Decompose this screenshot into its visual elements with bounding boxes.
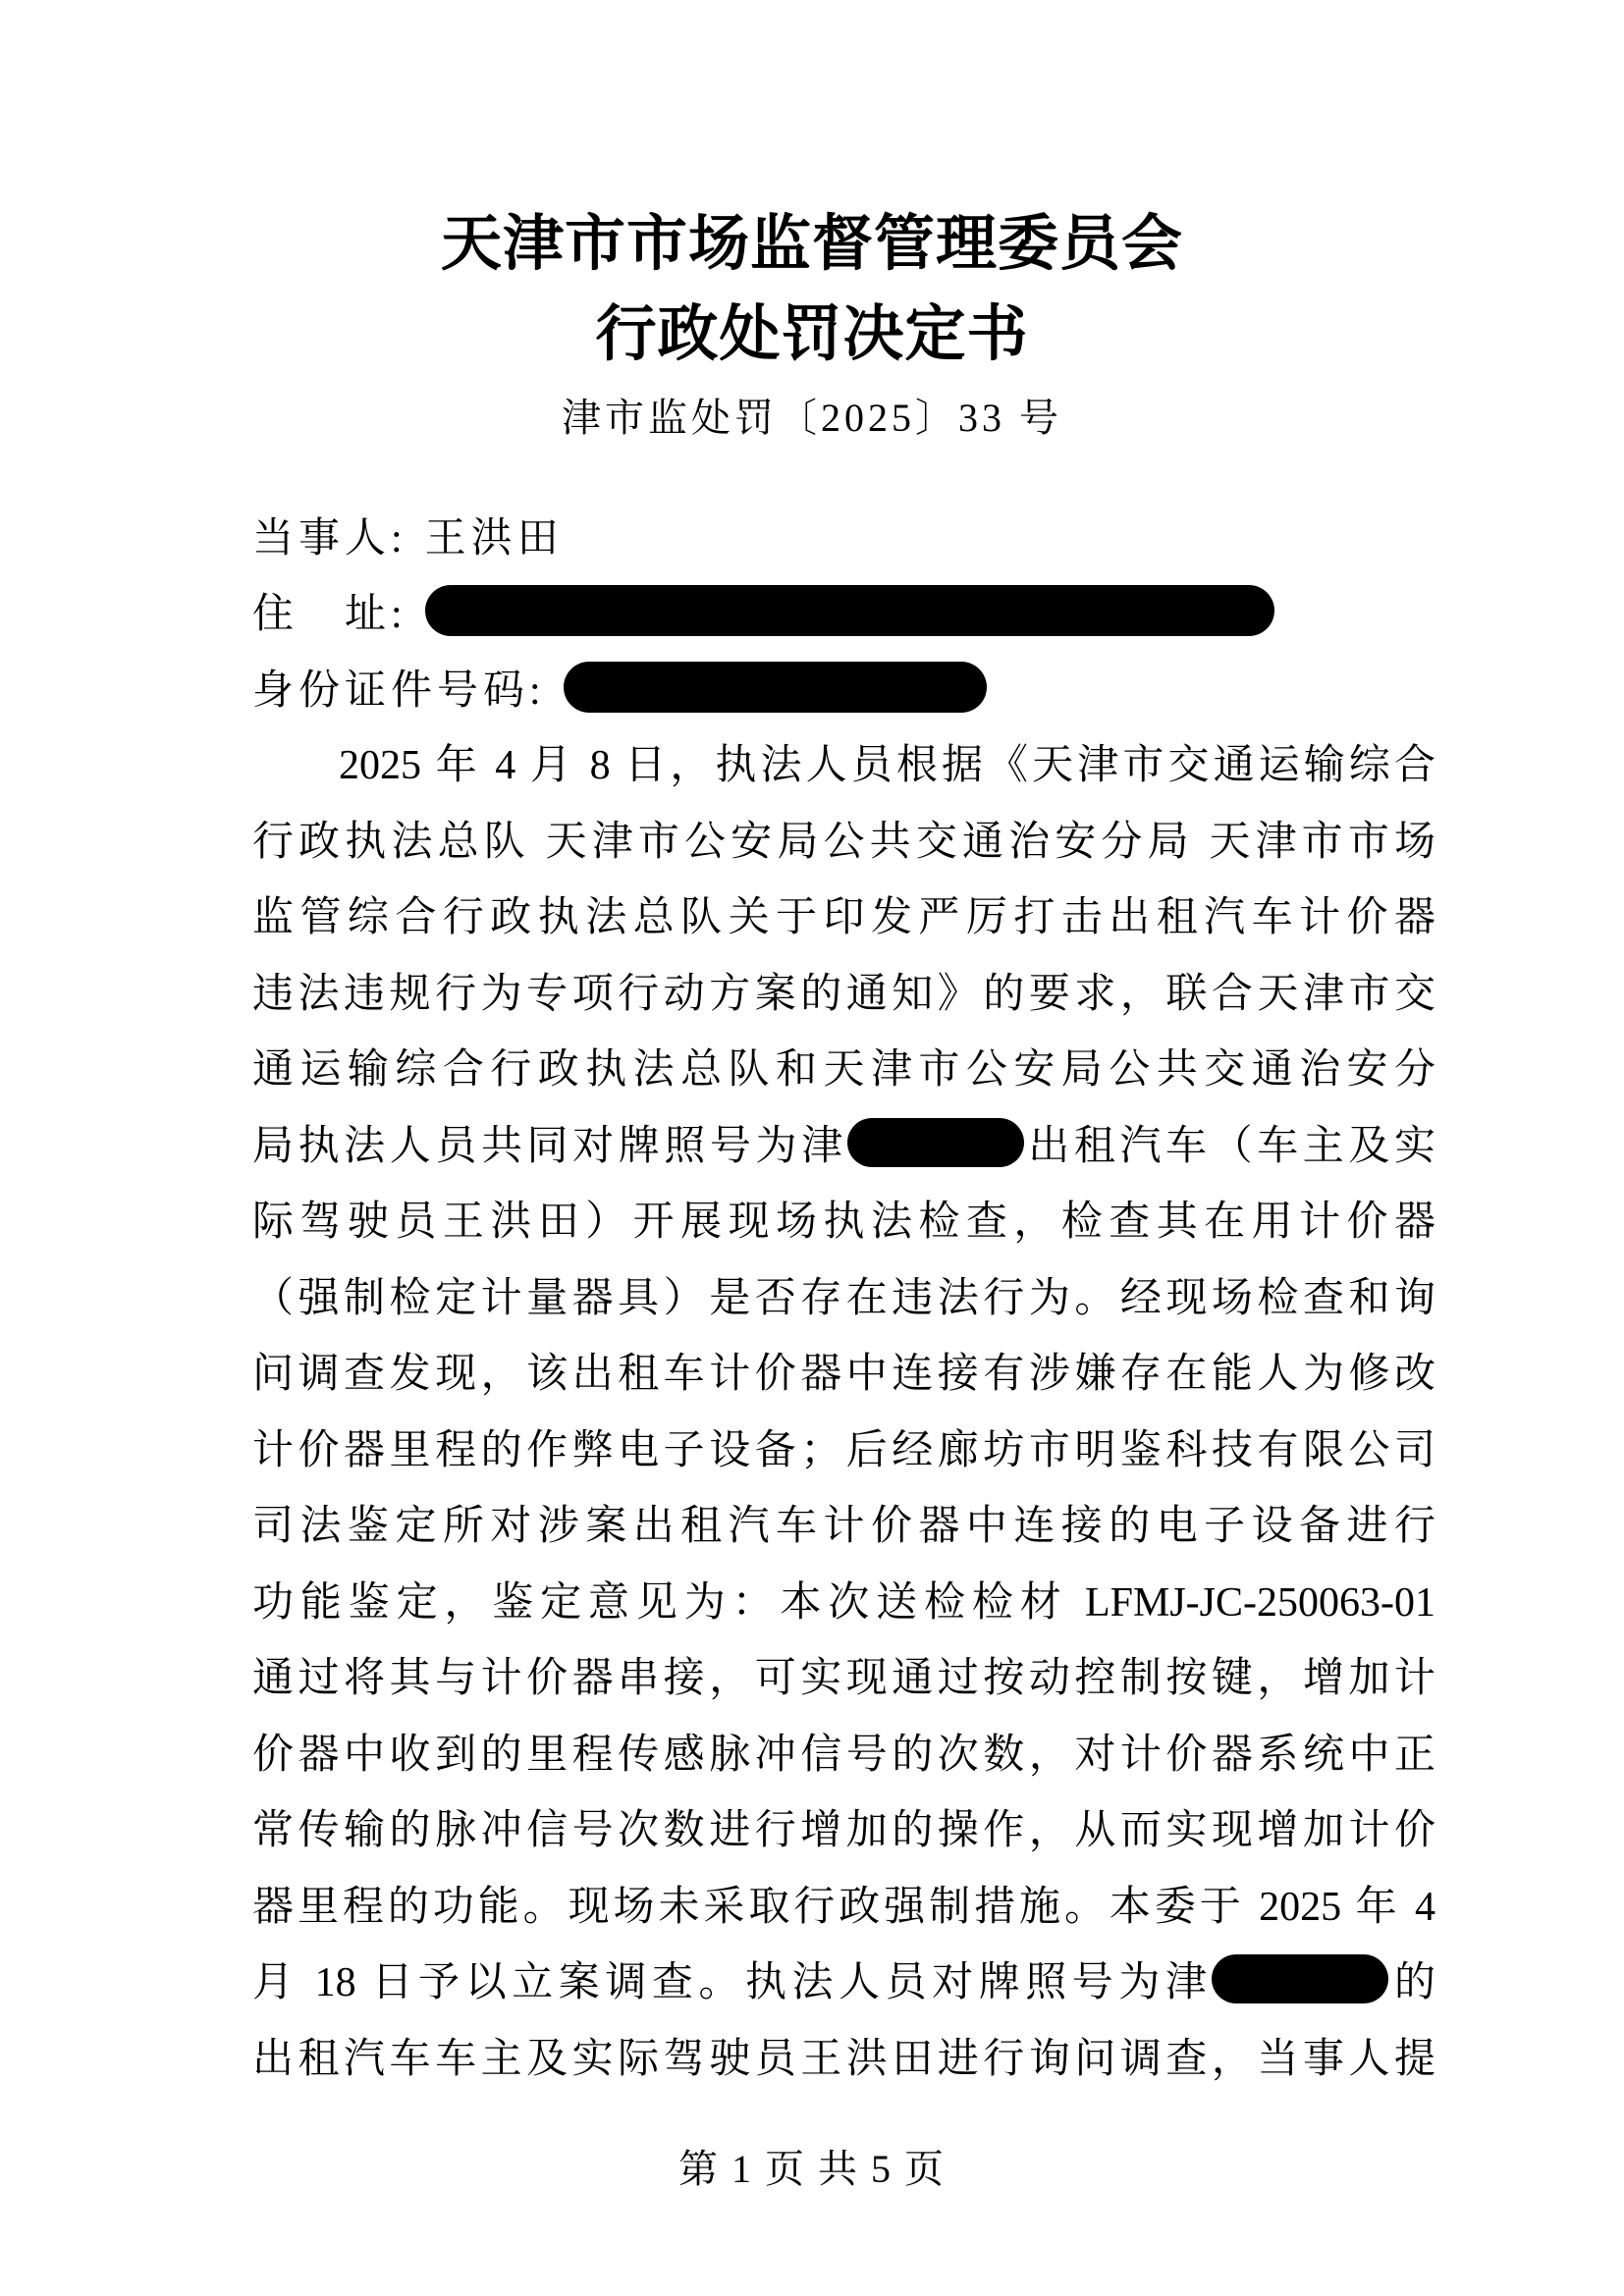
body-line: 计价器里程的作弊电子设备；后经廊坊市明鉴科技有限公司: [252, 1414, 1435, 1490]
body-paragraph: 2025 年 4 月 8 日，执法人员根据《天津市交通运输综合行政执法总队 天津…: [252, 728, 1435, 2098]
body-line: 通过将其与计价器串接，可实现通过按动控制按键，增加计: [252, 1641, 1435, 1718]
party-name-value: 王洪田: [425, 506, 564, 564]
body-line: 月 18 日予以立案调查。执法人员对牌照号为津的: [252, 1946, 1435, 2022]
body-line: 通运输综合行政执法总队和天津市公安局公共交通治安分: [252, 1033, 1435, 1109]
document-number: 津市监处罚〔2025〕33 号: [0, 395, 1624, 442]
body-line: 违法违规行为专项行动方案的通知》的要求，联合天津市交: [252, 957, 1435, 1034]
party-address-line: 住 址:: [252, 573, 1435, 650]
plate-number-redaction-bar: [847, 1118, 1024, 1167]
party-id-label: 身份证件号码:: [252, 658, 546, 717]
body-line: 器里程的功能。现场未采取行政强制措施。本委于 2025 年 4: [252, 1870, 1435, 1947]
body-line: 常传输的脉冲信号次数进行增加的操作，从而实现增加计价: [252, 1793, 1435, 1870]
body-line: 局执法人员共同对牌照号为津出租汽车（车主及实: [252, 1109, 1435, 1186]
body-line: 价器中收到的里程传感脉冲信号的次数，对计价器系统中正: [252, 1718, 1435, 1794]
body-line: 2025 年 4 月 8 日，执法人员根据《天津市交通运输综合: [252, 728, 1435, 805]
body-line: 问调查发现，该出租车计价器中连接有涉嫌存在能人为修改: [252, 1337, 1435, 1414]
document-subtitle: 行政处罚决定书: [0, 300, 1624, 369]
body-line: 际驾驶员王洪田）开展现场执法检查，检查其在用计价器: [252, 1185, 1435, 1261]
plate-number-redaction-bar: [1212, 1954, 1388, 2003]
address-redaction-bar: [425, 585, 1274, 636]
party-name-line: 当事人: 王洪田: [252, 497, 1435, 573]
party-info-block: 当事人: 王洪田 住 址: 身份证件号码:: [252, 497, 1435, 725]
body-line: 功能鉴定，鉴定意见为：本次送检检材 LFMJ-JC-250063-01: [252, 1566, 1435, 1642]
party-name-label: 当事人:: [252, 506, 407, 564]
page-number-indicator: 第 1 页 共 5 页: [0, 2146, 1624, 2193]
document-title: 天津市市场监督管理委员会: [0, 210, 1624, 279]
document-page: 天津市市场监督管理委员会 行政处罚决定书 津市监处罚〔2025〕33 号 当事人…: [0, 0, 1624, 2296]
id-redaction-bar: [564, 662, 987, 713]
body-line: 出租汽车车主及实际驾驶员王洪田进行询问调查，当事人提: [252, 2022, 1435, 2099]
party-id-line: 身份证件号码:: [252, 649, 1435, 725]
body-line: （强制检定计量器具）是否存在违法行为。经现场检查和询: [252, 1261, 1435, 1338]
body-line: 监管综合行政执法总队关于印发严厉打击出租汽车计价器: [252, 881, 1435, 957]
body-line: 司法鉴定所对涉案出租汽车计价器中连接的电子设备进行: [252, 1489, 1435, 1566]
body-line: 行政执法总队 天津市公安局公共交通治安分局 天津市市场: [252, 805, 1435, 881]
party-address-label: 住 址:: [252, 581, 407, 640]
